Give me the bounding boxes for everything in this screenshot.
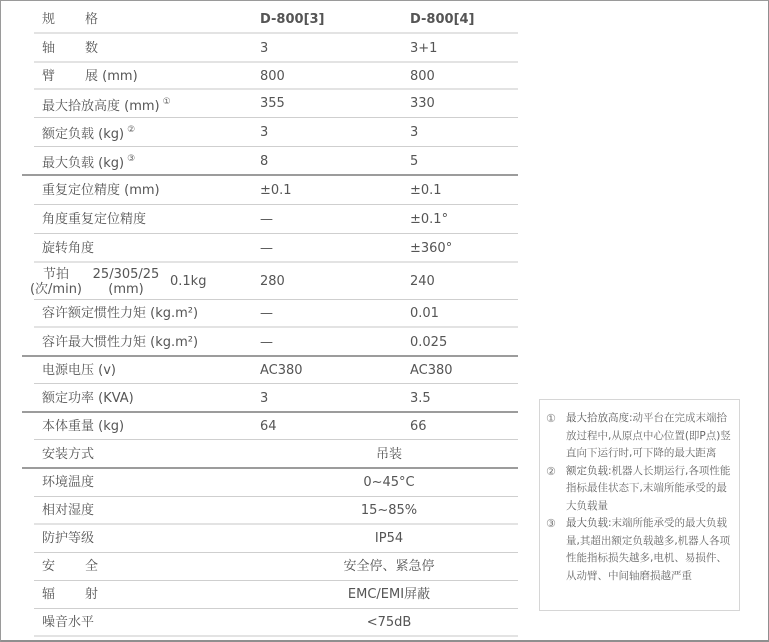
row-label: 容许最大惯性力矩 (kg.m²)	[22, 335, 260, 351]
footnote-term: 最大负载	[566, 517, 608, 529]
value-a: 3	[260, 125, 410, 141]
table-row: 电源电压 (v) AC380 AC380	[22, 357, 518, 384]
value-a: 3	[260, 391, 410, 407]
footnote-term: 额定负载	[566, 465, 608, 477]
table-row: 臂展 (mm) 800 800	[22, 63, 518, 90]
row-label: 噪音水平	[22, 615, 260, 631]
row-label: 容许额定惯性力矩 (kg.m²)	[22, 306, 260, 322]
table-row: 节拍(次/min) 25/305/25(mm) 0.1kg 280 240	[22, 263, 518, 300]
value-b: AC380	[410, 363, 518, 379]
footnote-item: ① 最大拾放高度:动平台在完成末端拾放过程中,从原点中心位置(即P点)竖直向下运…	[546, 410, 731, 463]
row-label: 相对湿度	[22, 503, 260, 519]
value-b: 3+1	[410, 41, 518, 57]
value-a: 355	[260, 96, 410, 112]
row-label: 安装方式	[22, 447, 260, 463]
value-a: ±0.1	[260, 183, 410, 199]
row-label: 最大拾放高度 (mm)①	[22, 94, 260, 115]
table-row: 最大负载 (kg)③ 8 5	[22, 147, 518, 176]
value-a: 8	[260, 154, 410, 170]
table-row: 轴数 3 3+1	[22, 34, 518, 63]
table-row: 环境温度 0~45°C	[22, 469, 518, 497]
footnote-marker: ②	[127, 125, 135, 135]
value-b: 0.025	[410, 335, 518, 351]
footnotes-box: ① 最大拾放高度:动平台在完成末端拾放过程中,从原点中心位置(即P点)竖直向下运…	[539, 399, 740, 611]
value-b: ±360°	[410, 241, 518, 257]
value-b: 240	[410, 274, 518, 290]
row-label: 重复定位精度 (mm)	[22, 183, 260, 199]
table-row: 防护等级 IP54	[22, 525, 518, 553]
footnote-marker: ③	[127, 154, 135, 164]
table-row: 重复定位精度 (mm) ±0.1 ±0.1	[22, 176, 518, 205]
value-a: —	[260, 335, 410, 351]
row-label: 安全	[22, 559, 260, 575]
value-span: EMC/EMI屏蔽	[260, 587, 518, 603]
value-span: <75dB	[260, 615, 518, 631]
row-label: 电源电压 (v)	[22, 363, 260, 379]
value-a: 800	[260, 69, 410, 85]
value-b: 330	[410, 96, 518, 112]
row-label: 臂展 (mm)	[22, 69, 260, 85]
table-row: 辐射 EMC/EMI屏蔽	[22, 581, 518, 609]
value-b: 800	[410, 69, 518, 85]
row-label: 最大负载 (kg)③	[22, 151, 260, 172]
spec-table: 规格 D-800[3] D-800[4] 轴数 3 3+1 臂展 (mm) 80…	[22, 6, 518, 637]
footnote-marker: ①	[163, 97, 171, 107]
header-model-a: D-800[3]	[260, 12, 410, 28]
table-row: 相对湿度 15~85%	[22, 497, 518, 525]
row-label: 本体重量 (kg)	[22, 419, 260, 435]
table-row-last: 噪音水平 <75dB	[22, 609, 518, 637]
value-b: 0.01	[410, 306, 518, 322]
value-span: 0~45°C	[260, 475, 518, 491]
row-label: 轴数	[22, 41, 260, 57]
value-b: 3	[410, 125, 518, 141]
value-a: 3	[260, 41, 410, 57]
row-label: 防护等级	[22, 531, 260, 547]
table-row: 角度重复定位精度 — ±0.1°	[22, 205, 518, 234]
table-row: 最大拾放高度 (mm)① 355 330	[22, 90, 518, 118]
table-row: 安装方式 吊装	[22, 440, 518, 469]
table-row: 本体重量 (kg) 64 66	[22, 413, 518, 440]
row-label: 环境温度	[22, 475, 260, 491]
row-label: 额定功率 (KVA)	[22, 391, 260, 407]
row-label: 辐射	[22, 587, 260, 603]
footnote-number: ①	[546, 410, 566, 463]
value-a: —	[260, 241, 410, 257]
header-model-b: D-800[4]	[410, 12, 518, 28]
value-b: ±0.1°	[410, 212, 518, 228]
value-span: 15~85%	[260, 503, 518, 519]
footnote-term: 最大拾放高度	[566, 412, 629, 424]
row-label: 额定负载 (kg)②	[22, 122, 260, 143]
table-row: 额定负载 (kg)② 3 3	[22, 118, 518, 147]
table-row: 额定功率 (KVA) 3 3.5	[22, 384, 518, 413]
value-a: 64	[260, 419, 410, 435]
footnote-item: ② 额定负载:机器人长期运行,各项性能指标最佳状态下,末端所能承受的最大负载量	[546, 463, 731, 516]
footnote-number: ②	[546, 463, 566, 516]
value-span: IP54	[260, 531, 518, 547]
value-b: 66	[410, 419, 518, 435]
row-label: 角度重复定位精度	[22, 212, 260, 228]
value-a: AC380	[260, 363, 410, 379]
value-b: ±0.1	[410, 183, 518, 199]
value-a: 280	[260, 274, 410, 290]
table-row: 安全 安全停、紧急停	[22, 553, 518, 581]
row-label: 旋转角度	[22, 241, 260, 257]
value-b: 3.5	[410, 391, 518, 407]
value-a: —	[260, 306, 410, 322]
value-span: 安全停、紧急停	[260, 559, 518, 575]
footnote-number: ③	[546, 515, 566, 585]
row-label-beat: 节拍(次/min) 25/305/25(mm) 0.1kg	[22, 267, 260, 297]
value-b: 5	[410, 154, 518, 170]
header-label: 规格	[22, 12, 260, 28]
value-a: —	[260, 212, 410, 228]
table-row: 容许额定惯性力矩 (kg.m²) — 0.01	[22, 300, 518, 328]
value-span: 吊装	[260, 447, 518, 463]
table-row: 旋转角度 — ±360°	[22, 234, 518, 263]
footnote-item: ③ 最大负载:末端所能承受的最大负载量,其超出额定负载越多,机器人各项性能指标损…	[546, 515, 731, 585]
table-row: 容许最大惯性力矩 (kg.m²) — 0.025	[22, 328, 518, 357]
table-header: 规格 D-800[3] D-800[4]	[22, 6, 518, 34]
